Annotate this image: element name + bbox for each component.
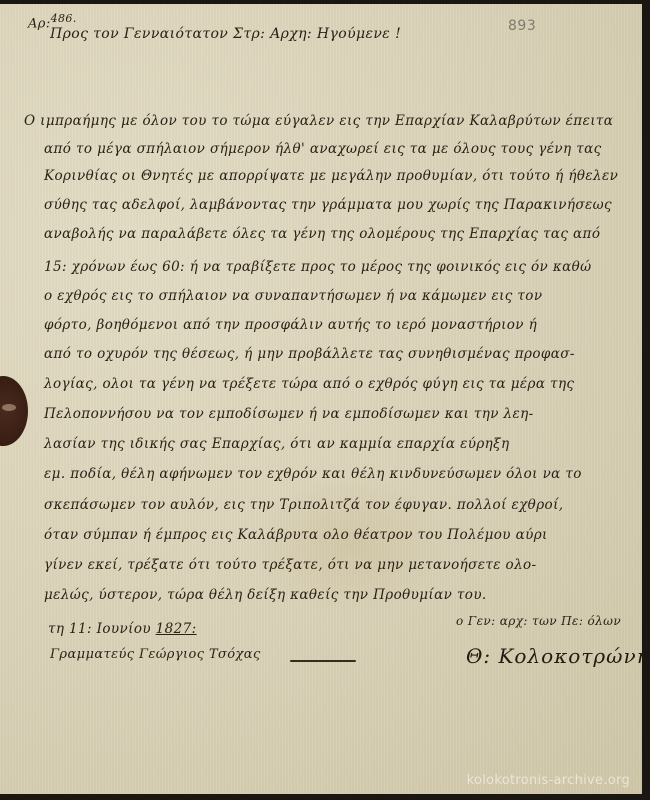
body-line: Ο ιμπραήμης με όλον του το τώμα εύγαλεν … <box>24 113 613 129</box>
closing-title: ο Γεν: αρχ: των Πε: όλων <box>456 614 621 628</box>
body-line: σύθης τας αδελφοί, λαμβάνοντας την γράμμ… <box>44 197 612 213</box>
archive-number: 893 <box>508 18 536 34</box>
secretary-signature: Γραμματεύς Γεώργιος Τσόχας <box>50 647 261 662</box>
body-line: αναβολής να παραλάβετε όλες τα γένη της … <box>44 226 600 242</box>
body-line: ο εχθρός εις το σπήλαιον να συναπαντήσωμ… <box>44 288 542 304</box>
reference-prefix: Αρ: <box>28 16 51 31</box>
body-line: 15: χρόνων έως 60: ή να τραβίξετε προς τ… <box>44 259 592 275</box>
date-day-month: τη 11: Ιουνίου <box>48 621 151 637</box>
letter-page: Αρ:486. Προς τον Γενναιότατον Στρ: Αρχη:… <box>0 4 642 794</box>
ink-blot <box>0 376 28 446</box>
signature: Θ: Κολοκοτρώνης <box>466 644 642 668</box>
letter-date: τη 11: Ιουνίου 1827: <box>48 621 197 637</box>
body-line: εμ. ποδία, θέλη αφήνωμεν τον εχθρόν και … <box>44 466 582 482</box>
body-line: φόρτο, βοηθόμενοι από την προσφάλιν αυτή… <box>44 317 537 333</box>
body-line: Κορινθίας οι Θνητές με απορρίψατε με μεγ… <box>44 168 618 184</box>
body-line: από το μέγα σπήλαιον σήμερον ήλθ' αναχωρ… <box>44 141 602 157</box>
date-year: 1827: <box>156 621 197 637</box>
body-line: λασίαν της ιδικής σας Επαρχίας, ότι αν κ… <box>44 436 509 452</box>
pen-dash <box>290 660 356 662</box>
body-line: γίνεν εκεί, τρέξατε ότι τούτο τρέξατε, ό… <box>44 557 537 573</box>
body-line: μελώς, ύστερον, τώρα θέλη δείξη καθείς τ… <box>44 587 487 603</box>
body-line: σκεπάσωμεν τον αυλόν, εις την Τριπολιτζά… <box>44 497 563 513</box>
body-line: Πελοποννήσου να τον εμποδίσωμεν ή να εμπ… <box>44 406 534 422</box>
reference-value: 486. <box>51 12 77 25</box>
body-line: όταν σύμπαν ή έμπρος εις Καλάβρυτα ολο θ… <box>44 527 548 543</box>
archive-watermark: kolokotronis-archive.org <box>467 773 630 788</box>
body-line: από το οχυρόν της θέσεως, ή μην προβάλλε… <box>44 346 575 362</box>
body-line: λογίας, ολοι τα γένη να τρέξετε τώρα από… <box>44 376 574 392</box>
letter-address: Προς τον Γενναιότατον Στρ: Αρχη: Ηγούμεν… <box>50 26 401 42</box>
